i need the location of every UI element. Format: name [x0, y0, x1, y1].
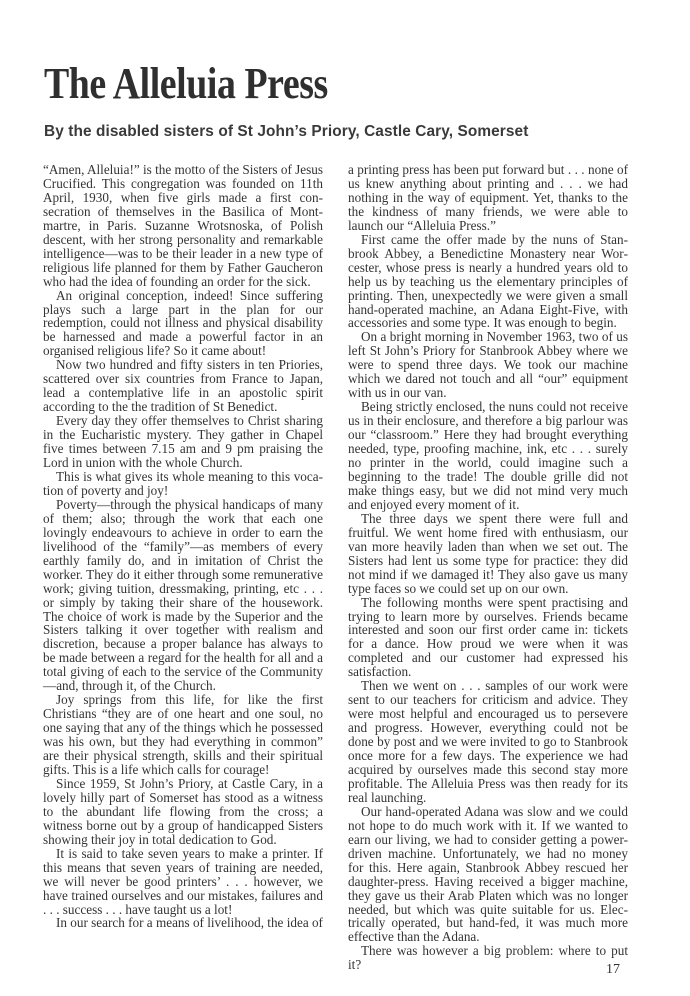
right-column: a printing press has been put forward bu…: [348, 163, 628, 972]
page-number: 17: [606, 962, 620, 978]
paragraph: “Amen, Alleluia!” is the motto of the Si…: [43, 163, 323, 289]
article-byline: By the disabled sisters of St John’s Pri…: [44, 122, 528, 142]
paragraph: First came the offer made by the nuns of…: [348, 233, 628, 331]
paragraph: Then we went on . . . samples of our wor…: [348, 679, 628, 805]
paragraph: Every day they offer themselves to Chris…: [43, 414, 323, 470]
paragraph: a printing press has been put forward bu…: [348, 163, 628, 233]
paragraph: In our search for a means of livelihood,…: [43, 916, 323, 930]
paragraph: There was however a big problem: where t…: [348, 944, 628, 972]
left-column: “Amen, Alleluia!” is the motto of the Si…: [43, 163, 323, 930]
paragraph: The three days we spent there were full …: [348, 512, 628, 596]
paragraph: Our hand-operated Adana was slow and we …: [348, 805, 628, 945]
paragraph: It is said to take seven years to make a…: [43, 847, 323, 917]
paragraph: This is what gives its whole meaning to …: [43, 470, 323, 498]
paragraph: Being strictly enclosed, the nuns could …: [348, 400, 628, 512]
paragraph: Joy springs from this life, for like the…: [43, 693, 323, 777]
paragraph: On a bright morning in November 1963, tw…: [348, 330, 628, 400]
paragraph: Poverty—through the physical handicaps o…: [43, 498, 323, 693]
paragraph: Now two hundred and fifty sisters in ten…: [43, 358, 323, 414]
article-title: The Alleluia Press: [44, 60, 328, 108]
paragraph: The following months were spent practisi…: [348, 596, 628, 680]
paragraph: Since 1959, St John’s Priory, at Castle …: [43, 777, 323, 847]
paragraph: An original conception, indeed! Since su…: [43, 289, 323, 359]
document-page: The Alleluia Press By the disabled siste…: [0, 0, 690, 996]
